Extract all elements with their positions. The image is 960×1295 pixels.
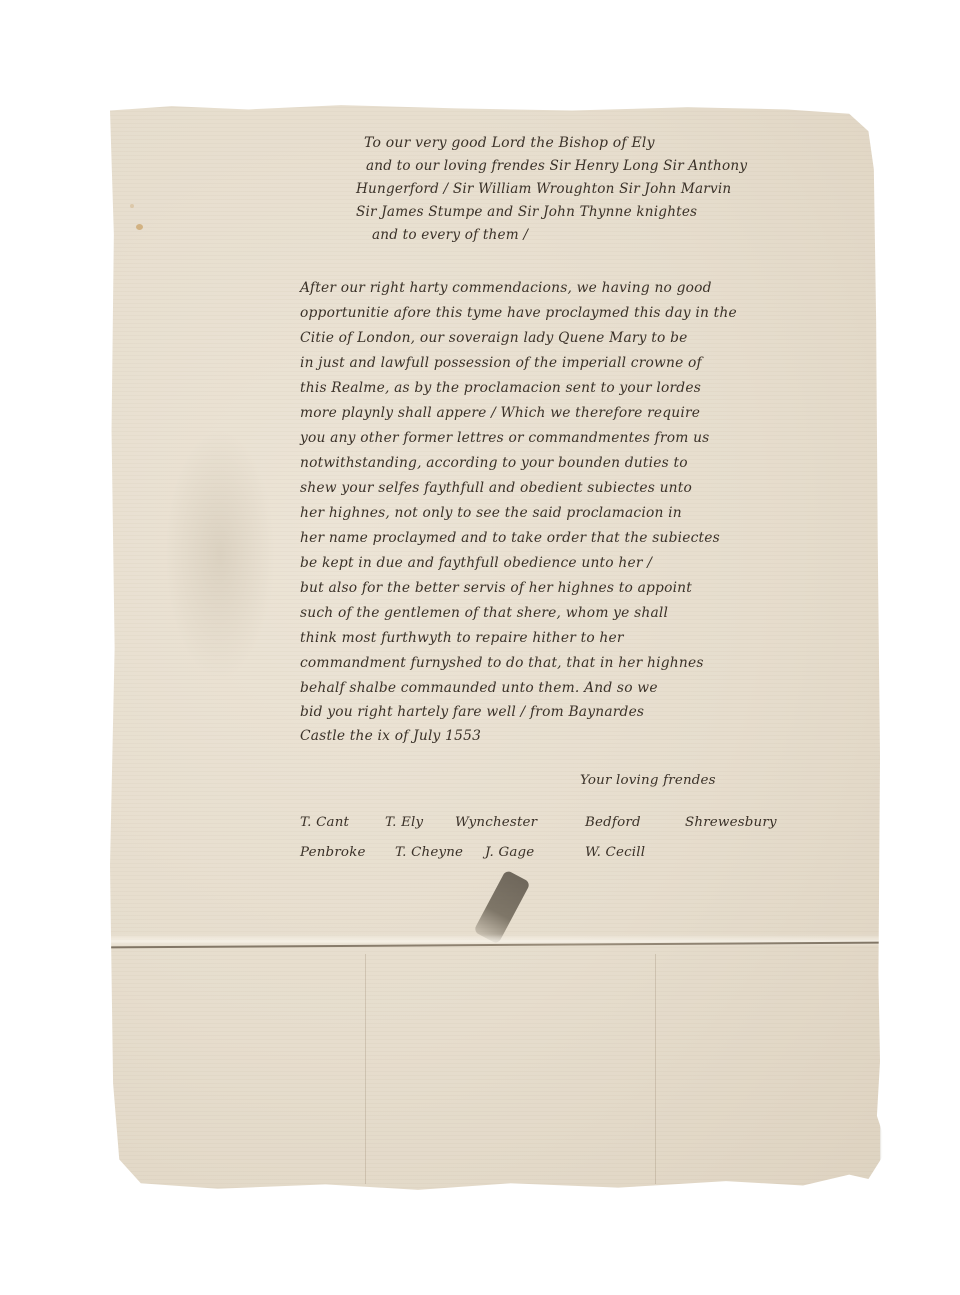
body-line: her name proclaymed and to take order th… <box>300 532 720 546</box>
body-line: opportunitie afore this tyme have procla… <box>300 307 737 321</box>
address-line: Sir James Stumpe and Sir John Thynne kni… <box>356 206 697 220</box>
body-line: in just and lawfull possession of the im… <box>300 357 702 371</box>
address-line: To our very good Lord the Bishop of Ely <box>364 136 655 150</box>
body-line: bid you right hartely fare well / from B… <box>300 706 644 720</box>
body-line: such of the gentlemen of that shere, who… <box>300 607 668 621</box>
vertical-crease <box>655 954 656 1184</box>
address-line: Hungerford / Sir William Wroughton Sir J… <box>356 183 731 197</box>
foxing-stain <box>136 224 143 230</box>
body-line: commandment furnyshed to do that, that i… <box>300 657 704 671</box>
body-line: but also for the better servis of her hi… <box>300 582 692 596</box>
body-line: notwithstanding, according to your bound… <box>300 457 688 471</box>
vertical-crease <box>365 954 366 1184</box>
body-line: her highnes, not only to see the said pr… <box>300 507 682 521</box>
address-line: and to our loving frendes Sir Henry Long… <box>366 160 747 174</box>
body-line: more playnly shall appere / Which we the… <box>300 407 700 421</box>
signature: T. Ely <box>385 816 423 829</box>
signature: Bedford <box>585 816 641 829</box>
body-line: you any other former lettres or commandm… <box>300 432 709 446</box>
body-line: behalf shalbe commaunded unto them. And … <box>300 682 658 696</box>
date-line: Castle the ix of July 1553 <box>300 730 481 744</box>
body-line: Citie of London, our soveraign lady Quen… <box>300 332 688 346</box>
manuscript-page: To our very good Lord the Bishop of Ely … <box>110 104 880 1192</box>
signature: Penbroke <box>300 846 366 859</box>
address-line: and to every of them / <box>372 229 528 243</box>
body-line: this Realme, as by the proclamacion sent… <box>300 382 701 396</box>
body-line: shew your selfes faythfull and obedient … <box>300 482 692 496</box>
signature: W. Cecill <box>585 846 645 859</box>
ink-bleed-through <box>165 429 275 679</box>
signature: J. Gage <box>485 846 534 859</box>
signature: Shrewesbury <box>685 816 777 829</box>
closing: Your loving frendes <box>580 774 716 787</box>
body-line: be kept in due and faythfull obedience u… <box>300 557 652 571</box>
foxing-stain <box>130 204 134 208</box>
signature: T. Cheyne <box>395 846 463 859</box>
body-line: think most furthwyth to repaire hither t… <box>300 632 624 646</box>
body-line: After our right harty commendacions, we … <box>300 282 712 296</box>
signature: Wynchester <box>455 816 537 829</box>
signature: T. Cant <box>300 816 349 829</box>
